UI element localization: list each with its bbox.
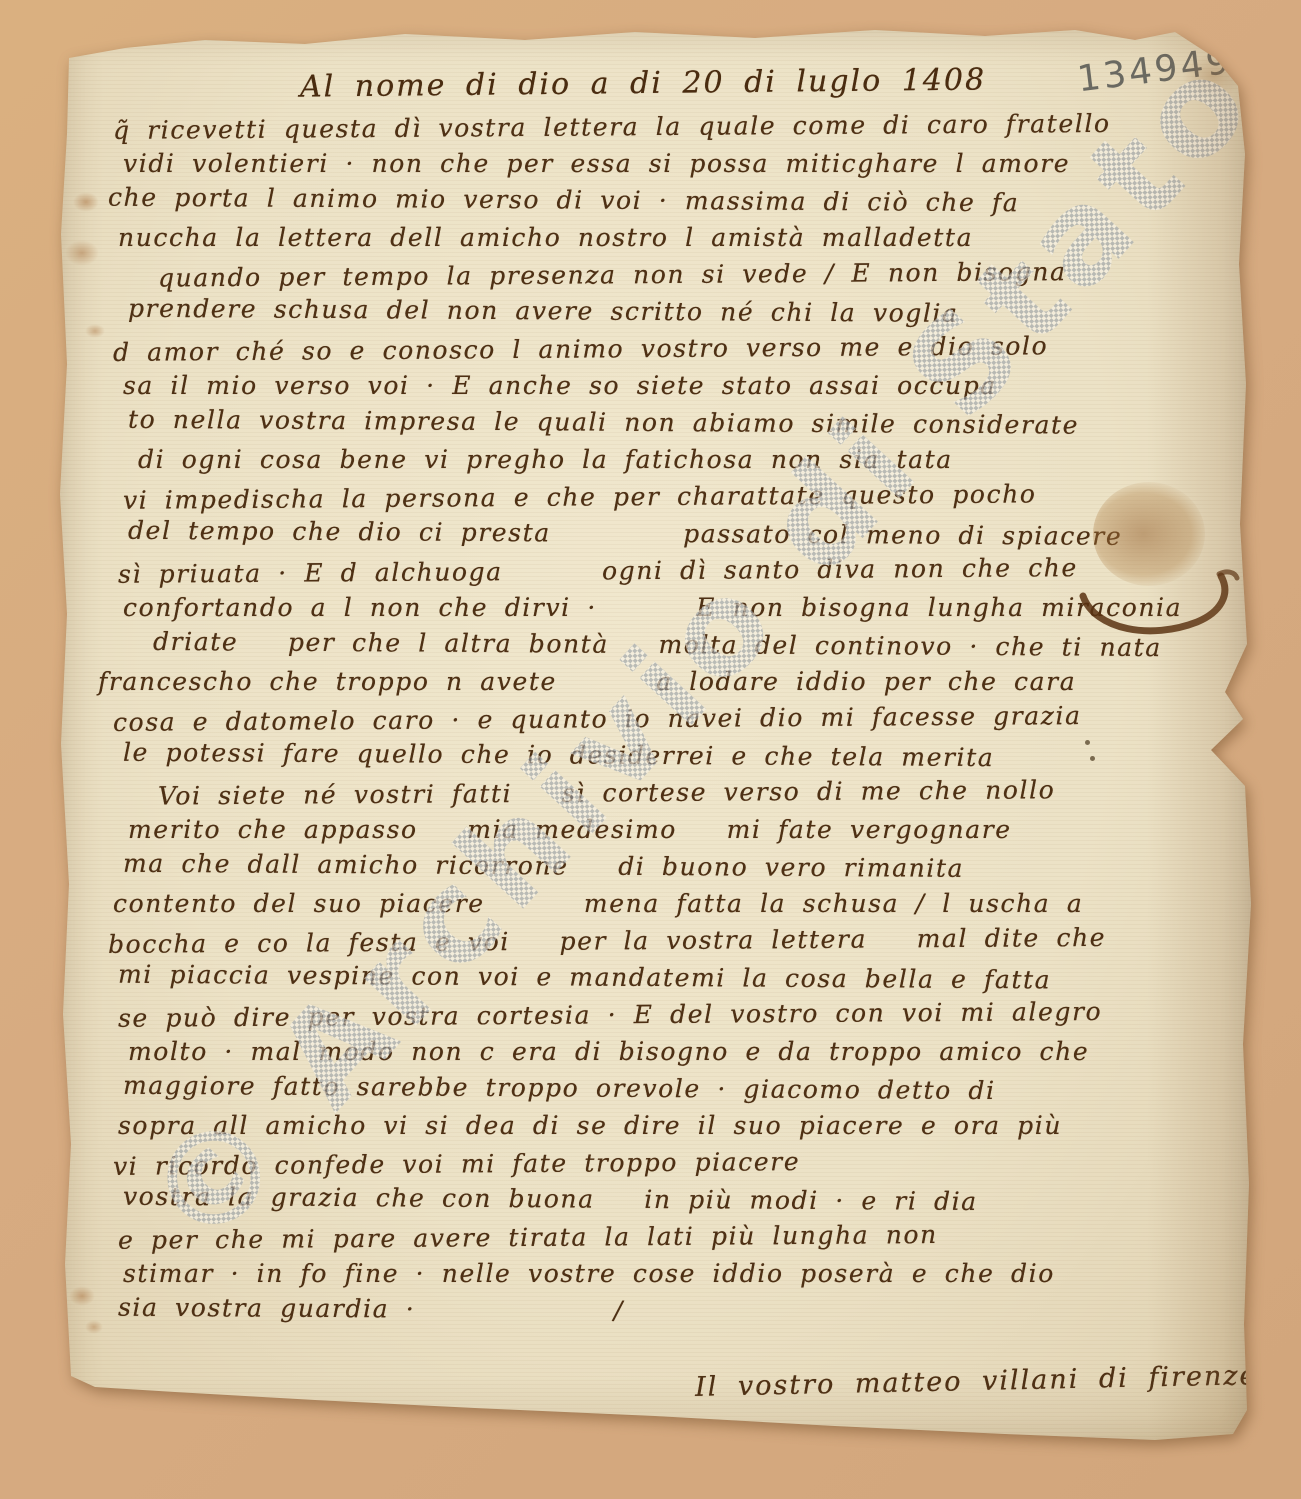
manuscript-line: stimar · in fo fine · nelle vostre cose …	[93, 1255, 1228, 1292]
pinhole	[1090, 756, 1095, 761]
manuscript-line: vidi volentieri · non che per essa si po…	[93, 145, 1228, 182]
manuscript-line: e per che mi pare avere tirata la lati p…	[93, 1214, 1228, 1259]
manuscript-line: driate per che l altra bontà molta del c…	[93, 623, 1228, 667]
manuscript-line: contento del suo piacere mena fatta la s…	[93, 885, 1228, 922]
manuscript-line: Voi siete né vostri fatti sì cortese ver…	[93, 770, 1228, 815]
manuscript-line: maggiore fatto sarebbe troppo orevole · …	[93, 1067, 1228, 1111]
manuscript-line: nuccha la lettera dell amicho nostro l a…	[93, 219, 1228, 256]
manuscript-page: Al nome di dio a di 20 di luglo 1408 134…	[55, 24, 1255, 1448]
manuscript-line: se può dire per vostra cortesia · E del …	[93, 992, 1228, 1037]
manuscript-line: di ogni cosa bene vi pregho la fatichosa…	[93, 441, 1228, 478]
manuscript-line: q̃ ricevetti questa dì vostra lettera la…	[93, 104, 1228, 149]
manuscript-line: francescho che troppo n avete a lodare i…	[93, 663, 1228, 700]
paper-stain	[69, 1286, 95, 1306]
manuscript-line: molto · mal modo non c era di bisogno e …	[93, 1033, 1228, 1070]
pinhole	[1085, 740, 1090, 745]
scan-background: Al nome di dio a di 20 di luglo 1408 134…	[0, 0, 1301, 1499]
manuscript-line: che porta l animo mio verso di voi · mas…	[93, 179, 1228, 223]
ink-blot	[1069, 560, 1249, 650]
manuscript-line: sopra all amicho vi si dea di se dire il…	[93, 1107, 1228, 1144]
letter-body: q̃ ricevetti questa dì vostra lettera la…	[93, 108, 1228, 1329]
archive-number-pencil: 134949	[1075, 41, 1234, 101]
manuscript-line: ma che dall amicho ricorrone di buono ve…	[93, 845, 1228, 889]
manuscript-line: sa il mio verso voi · E anche so siete s…	[93, 367, 1228, 404]
signature-line: Il vostro matteo villani di firenze	[695, 1360, 1258, 1403]
letter-date-heading: Al nome di dio a di 20 di luglo 1408	[300, 62, 986, 104]
manuscript-line: to nella vostra impresa le quali non abi…	[93, 401, 1228, 445]
manuscript-line: merito che appasso mia medesimo mi fate …	[93, 811, 1228, 848]
manuscript-line: sì priuata · E d alchuoga ogni dì santo …	[93, 548, 1228, 593]
manuscript-line: sia vostra guardia · /	[93, 1289, 1228, 1333]
manuscript-line: d amor ché so e conosco l animo vostro v…	[93, 326, 1228, 371]
manuscript-line: confortando a l non che dirvi · E non bi…	[93, 589, 1228, 626]
